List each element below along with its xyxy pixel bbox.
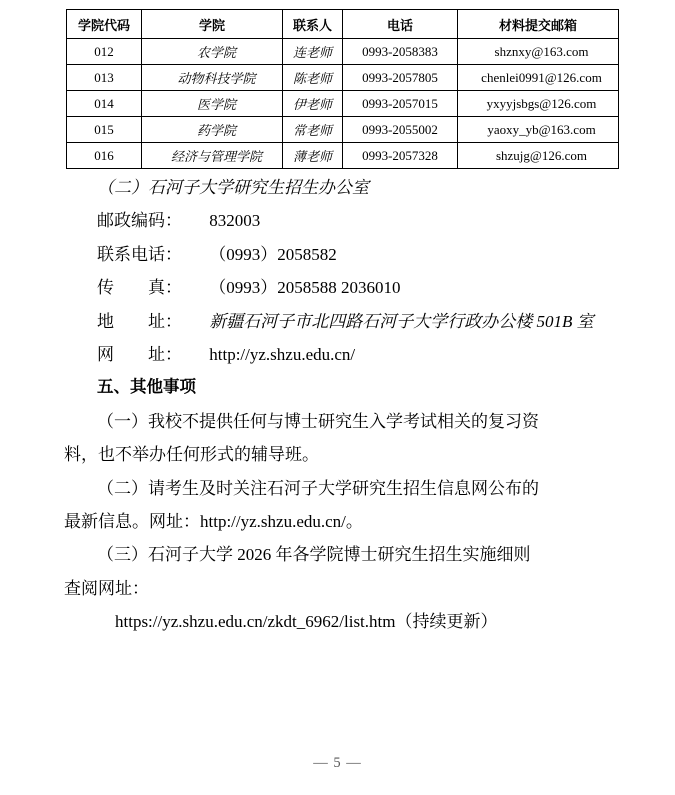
address-value: 新疆石河子市北四路石河子大学行政办公楼 501B 室 — [209, 312, 593, 331]
cell-code: 016 — [67, 143, 142, 169]
paragraph-item1-line2: 料，也不举办任何形式的辅导班。 — [64, 438, 623, 471]
header-college: 学院 — [142, 10, 283, 39]
cell-email: shzujg@126.com — [458, 143, 619, 169]
cell-email: yaoxy_yb@163.com — [458, 117, 619, 143]
office-heading: （二）石河子大学研究生招生办公室 — [64, 171, 623, 204]
office-line-postal-code: 邮政编码： 832003 — [64, 204, 623, 237]
cell-phone: 0993-2057328 — [343, 143, 458, 169]
implementation-rules-url: https://yz.shzu.edu.cn/zkdt_6962/list.ht… — [64, 605, 623, 638]
header-material-email: 材料提交邮箱 — [458, 10, 619, 39]
table-row: 012 农学院 连老师 0993-2058383 shznxy@163.com — [67, 39, 619, 65]
address-label: 地 址： — [97, 305, 177, 338]
table-row: 016 经济与管理学院 薄老师 0993-2057328 shzujg@126.… — [67, 143, 619, 169]
paragraph-item3-line2: 查阅网址： — [64, 572, 623, 605]
postal-code-label: 邮政编码： — [97, 204, 177, 237]
cell-code: 012 — [67, 39, 142, 65]
page-number-footer: — 5 — — [0, 755, 675, 772]
header-college-code: 学院代码 — [67, 10, 142, 39]
cell-phone: 0993-2055002 — [343, 117, 458, 143]
telephone-value: （0993）2058582 — [209, 245, 337, 264]
cell-code: 015 — [67, 117, 142, 143]
fax-value: （0993）2058588 2036010 — [209, 278, 400, 297]
cell-contact: 陈老师 — [283, 65, 343, 91]
paragraph-item2-line1: （二）请考生及时关注石河子大学研究生招生信息网公布的 — [64, 472, 623, 505]
college-contact-table: 学院代码 学院 联系人 电话 材料提交邮箱 012 农学院 连老师 0993-2… — [66, 9, 619, 169]
postal-code-value: 832003 — [209, 211, 260, 230]
table-header-row: 学院代码 学院 联系人 电话 材料提交邮箱 — [67, 10, 619, 39]
cell-college: 医学院 — [142, 91, 283, 117]
cell-college: 药学院 — [142, 117, 283, 143]
cell-college: 经济与管理学院 — [142, 143, 283, 169]
cell-phone: 0993-2057805 — [343, 65, 458, 91]
telephone-label: 联系电话： — [97, 238, 177, 271]
cell-phone: 0993-2058383 — [343, 39, 458, 65]
cell-phone: 0993-2057015 — [343, 91, 458, 117]
fax-label: 传 真： — [97, 271, 177, 304]
cell-email: chenlei0991@126.com — [458, 65, 619, 91]
paragraph-item1-line1: （一）我校不提供任何与博士研究生入学考试相关的复习资 — [64, 405, 623, 438]
cell-contact: 连老师 — [283, 39, 343, 65]
cell-college: 动物科技学院 — [142, 65, 283, 91]
document-page: 学院代码 学院 联系人 电话 材料提交邮箱 012 农学院 连老师 0993-2… — [0, 0, 675, 795]
paragraph-item3-line1: （三）石河子大学 2026 年各学院博士研究生招生实施细则 — [64, 538, 623, 571]
table-row: 013 动物科技学院 陈老师 0993-2057805 chenlei0991@… — [67, 65, 619, 91]
paragraph-item2-line2: 最新信息。网址：http://yz.shzu.edu.cn/。 — [64, 505, 623, 538]
cell-contact: 常老师 — [283, 117, 343, 143]
cell-email: yxyyjsbgs@126.com — [458, 91, 619, 117]
cell-college: 农学院 — [142, 39, 283, 65]
table-row: 015 药学院 常老师 0993-2055002 yaoxy_yb@163.co… — [67, 117, 619, 143]
cell-code: 013 — [67, 65, 142, 91]
website-label: 网 址： — [97, 338, 177, 371]
website-url: http://yz.shzu.edu.cn/ — [209, 345, 355, 364]
header-contact-person: 联系人 — [283, 10, 343, 39]
office-line-telephone: 联系电话： （0993）2058582 — [64, 238, 623, 271]
other-matters-heading: 五、其他事项 — [64, 371, 623, 404]
office-line-website: 网 址： http://yz.shzu.edu.cn/ — [64, 338, 623, 371]
cell-contact: 薄老师 — [283, 143, 343, 169]
document-body: （二）石河子大学研究生招生办公室 邮政编码： 832003 联系电话： （099… — [0, 171, 675, 639]
table-row: 014 医学院 伊老师 0993-2057015 yxyyjsbgs@126.c… — [67, 91, 619, 117]
cell-email: shznxy@163.com — [458, 39, 619, 65]
cell-contact: 伊老师 — [283, 91, 343, 117]
header-phone: 电话 — [343, 10, 458, 39]
cell-code: 014 — [67, 91, 142, 117]
office-line-address: 地 址： 新疆石河子市北四路石河子大学行政办公楼 501B 室 — [64, 305, 623, 338]
office-line-fax: 传 真： （0993）2058588 2036010 — [64, 271, 623, 304]
